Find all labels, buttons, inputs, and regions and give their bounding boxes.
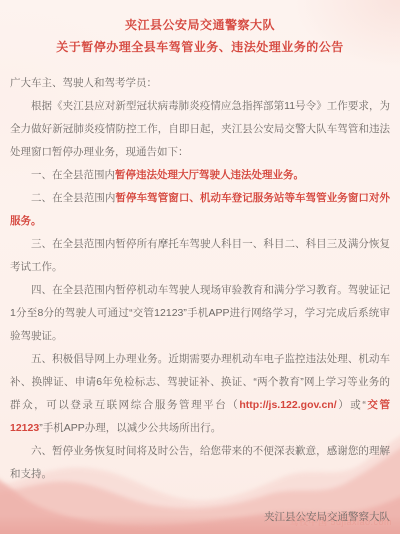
text-segment: 六、暂停业务恢复时间将及时公告，给您带来的不便深表歉意，感谢您的理解和支持。 <box>10 445 390 480</box>
text-segment: 二、在全县范围内 <box>31 192 115 204</box>
announcement-page: 夹江县公安局交通警察大队 关于暂停办理全县车驾管业务、违法处理业务的公告 广大车… <box>0 0 400 534</box>
paragraph: 三、在全县范围内暂停所有摩托车驾驶人科目一、科目二、科目三及满分恢复考试工作。 <box>10 233 390 279</box>
announcement-content: 夹江县公安局交通警察大队 关于暂停办理全县车驾管业务、违法处理业务的公告 广大车… <box>0 0 400 529</box>
highlight-text: 暂停违法处理大厅驾驶人违法处理业务。 <box>115 169 304 181</box>
paragraph: 一、在全县范围内暂停违法处理大厅驾驶人违法处理业务。 <box>10 164 390 187</box>
paragraph: 六、暂停业务恢复时间将及时公告，给您带来的不便深表歉意，感谢您的理解和支持。 <box>10 440 390 486</box>
paragraph: 二、在全县范围内暂停车驾管窗口、机动车登记服务站等车驾管业务窗口对外服务。 <box>10 187 390 233</box>
greeting: 广大车主、驾驶人和驾考学员： <box>10 72 390 95</box>
paragraph: 四、在全县范围内暂停机动车驾驶人现场审验教育和满分学习教育。驾驶证记1分至8分的… <box>10 279 390 348</box>
text-segment: 根据《夹江县应对新型冠状病毒肺炎疫情应急指挥部第11号令》工作要求，为全力做好新… <box>10 100 390 158</box>
text-segment: 一、在全县范围内 <box>31 169 115 181</box>
watermark: 驾校中国 5ujiaxiao.com <box>289 515 392 528</box>
doc-title-line2: 关于暂停办理全县车驾管业务、违法处理业务的公告 <box>10 36 390 58</box>
paragraph: 五、积极倡导网上办理业务。近期需要办理机动车电子监控违法处理、机动车补、换牌证、… <box>10 348 390 440</box>
text-segment: 三、在全县范围内暂停所有摩托车驾驶人科目一、科目二、科目三及满分恢复考试工作。 <box>10 238 390 273</box>
doc-header: 夹江县公安局交通警察大队 关于暂停办理全县车驾管业务、违法处理业务的公告 <box>10 14 390 58</box>
service-platform-link[interactable]: http://js.122.gov.cn/ <box>239 399 336 411</box>
doc-body: 根据《夹江县应对新型冠状病毒肺炎疫情应急指挥部第11号令》工作要求，为全力做好新… <box>10 95 390 486</box>
doc-title-line1: 夹江县公安局交通警察大队 <box>10 14 390 36</box>
text-segment: 四、在全县范围内暂停机动车驾驶人现场审验教育和满分学习教育。驾驶证记1分至8分的… <box>10 284 390 342</box>
text-segment: ）或“ <box>337 399 366 411</box>
text-segment: ”手机APP办理，以减少公共场所出行。 <box>39 422 221 434</box>
paragraph: 根据《夹江县应对新型冠状病毒肺炎疫情应急指挥部第11号令》工作要求，为全力做好新… <box>10 95 390 164</box>
